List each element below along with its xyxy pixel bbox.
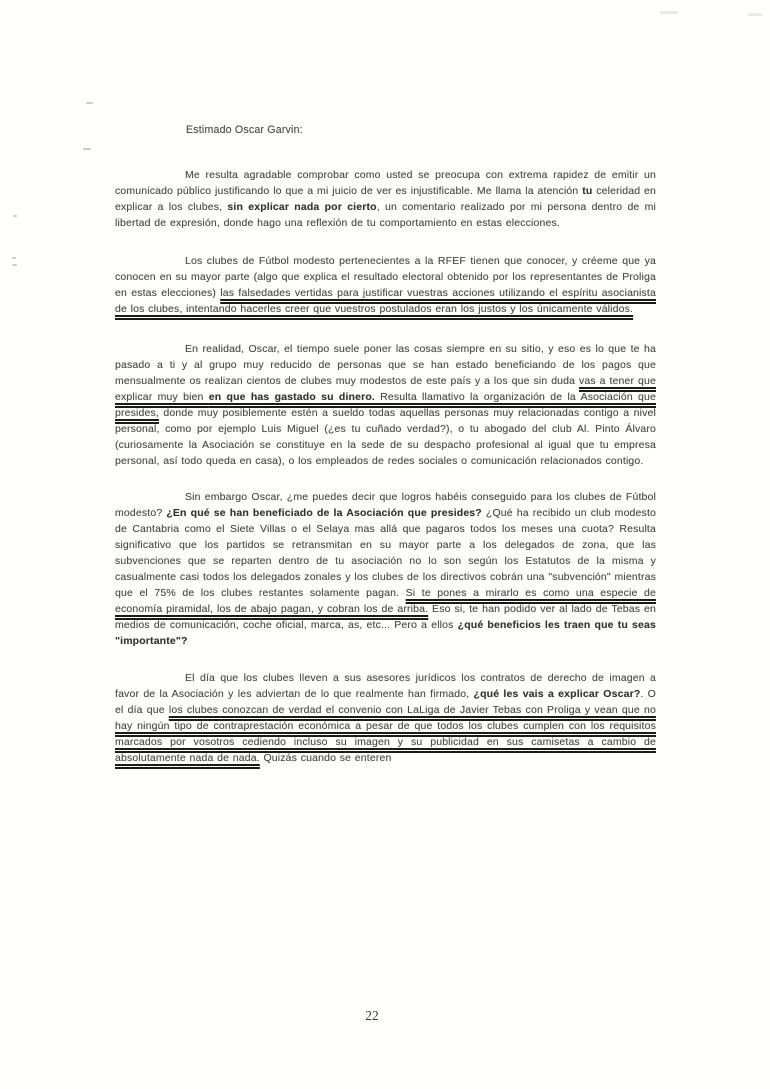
letter-paragraph-3: En realidad, Oscar, el tiempo suele pone…	[115, 341, 656, 469]
text-run: donde muy posiblemente estén a sueldo to…	[115, 407, 656, 467]
scan-speck	[748, 13, 762, 16]
scan-speck	[660, 11, 678, 14]
text-run-bold: tu	[582, 185, 592, 197]
scan-speck	[13, 215, 17, 217]
scan-speck	[83, 148, 91, 150]
text-run-bold: sin explicar nada por cierto	[227, 201, 376, 213]
letter-greeting: Estimado Oscar Garvin:	[186, 124, 303, 136]
scanned-letter-page: Estimado Oscar Garvin: Me resulta agrada…	[0, 0, 770, 1089]
page-number: 22	[0, 1008, 744, 1024]
letter-paragraph-4: Sin embargo Oscar, ¿me puedes decir que …	[115, 489, 656, 649]
text-run: Quizás cuando se enteren	[260, 752, 392, 764]
letter-paragraph-2: Los clubes de Fútbol modesto pertenecien…	[115, 253, 656, 317]
text-run-bold-underlined: en que has gastado su dinero.	[209, 391, 375, 403]
letter-paragraph-5: El día que los clubes lleven a sus aseso…	[115, 670, 656, 766]
text-run-bold: ¿qué les vais a explicar Oscar?	[474, 688, 641, 700]
letter-paragraph-1: Me resulta agradable comprobar como uste…	[115, 167, 656, 231]
scan-speck	[12, 264, 17, 266]
scan-speck	[12, 257, 16, 259]
text-run: En realidad, Oscar, el tiempo suele pone…	[115, 343, 656, 387]
text-run: Me resulta agradable comprobar como uste…	[115, 169, 656, 197]
scan-speck	[86, 102, 93, 104]
text-run: ¿Qué ha recibido un club modesto de Cant…	[115, 507, 656, 599]
text-run-bold: ¿En qué se han beneficiado de la Asociac…	[166, 507, 482, 519]
